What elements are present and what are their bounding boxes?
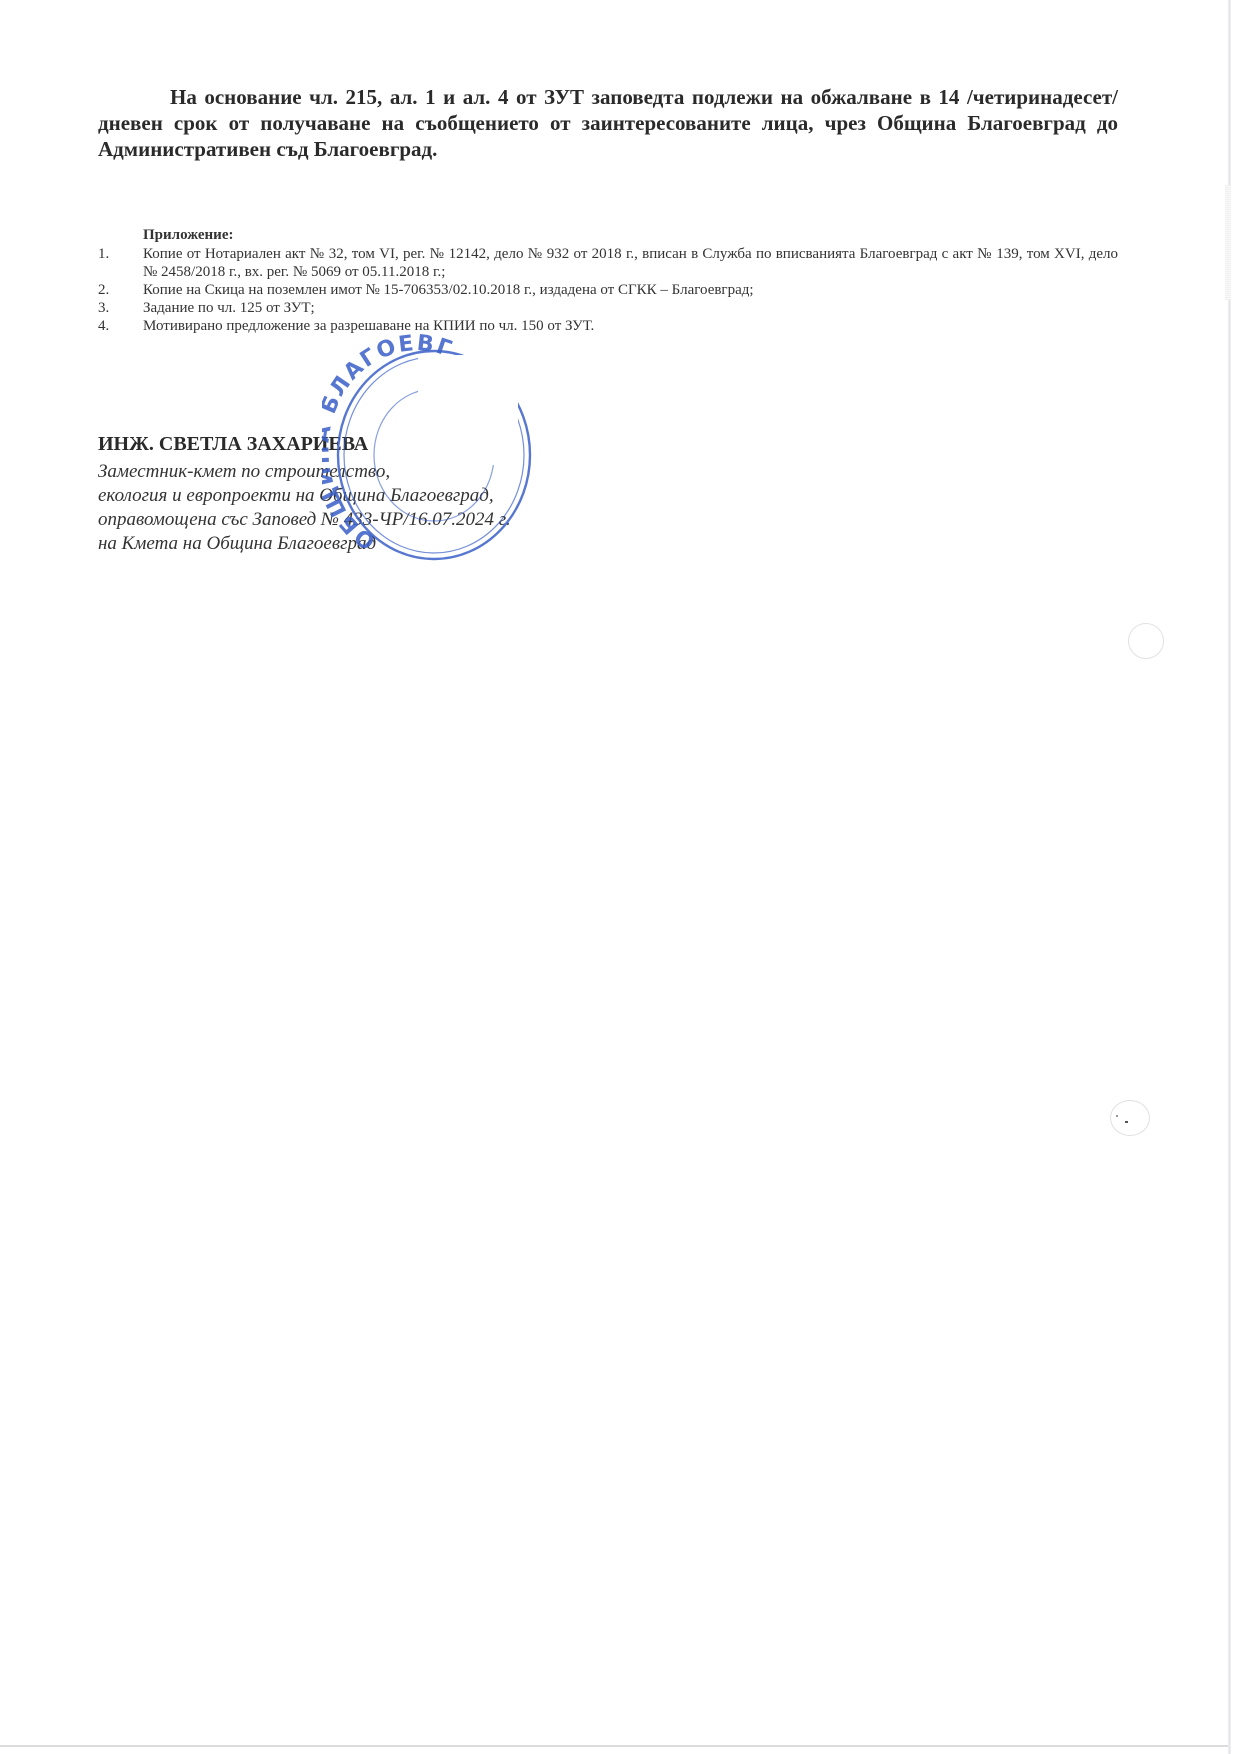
signature-block: ИНЖ. СВЕТЛА ЗАХАРИЕВА Заместник-кмет по … xyxy=(98,432,698,556)
appeal-notice-text: На основание чл. 215, ал. 1 и ал. 4 от З… xyxy=(98,85,1118,161)
attachment-number: 4. xyxy=(98,317,143,335)
attachment-item: 1. Копие от Нотариален акт № 32, том VI,… xyxy=(98,245,1118,281)
attachment-text: Копие от Нотариален акт № 32, том VI, ре… xyxy=(143,245,1118,281)
appeal-notice-paragraph: На основание чл. 215, ал. 1 и ал. 4 от З… xyxy=(98,84,1118,162)
attachment-item: 3. Задание по чл. 125 от ЗУТ; xyxy=(98,299,1118,317)
signer-name: ИНЖ. СВЕТЛА ЗАХАРИЕВА xyxy=(98,432,698,456)
scan-edge-artifact xyxy=(1225,185,1231,300)
signer-title-line: на Кмета на Община Благоевград xyxy=(98,532,698,556)
hole-punch-mark xyxy=(1128,623,1164,659)
signer-title-line: екология и европроекти на Община Благоев… xyxy=(98,484,698,508)
redacted-area xyxy=(418,355,518,465)
attachment-number: 1. xyxy=(98,245,143,281)
scan-speck xyxy=(1125,1121,1128,1123)
attachment-item: 2. Копие на Скица на поземлен имот № 15-… xyxy=(98,281,1118,299)
hole-punch-mark xyxy=(1110,1100,1150,1136)
attachment-text: Задание по чл. 125 от ЗУТ; xyxy=(143,299,1118,317)
scan-edge-bottom xyxy=(0,1745,1228,1747)
attachments-list: 1. Копие от Нотариален акт № 32, том VI,… xyxy=(98,245,1118,335)
attachments-section: Приложение: 1. Копие от Нотариален акт №… xyxy=(98,226,1118,335)
attachment-number: 2. xyxy=(98,281,143,299)
signer-title-line: Заместник-кмет по строителство, xyxy=(98,460,698,484)
attachment-text: Мотивирано предложение за разрешаване на… xyxy=(143,317,1118,335)
scan-speck xyxy=(1116,1115,1118,1117)
signer-title-line: оправомощена със Заповед № 433-ЧР/16.07.… xyxy=(98,508,698,532)
attachment-text: Копие на Скица на поземлен имот № 15-706… xyxy=(143,281,1118,299)
attachment-item: 4. Мотивирано предложение за разрешаване… xyxy=(98,317,1118,335)
attachment-number: 3. xyxy=(98,299,143,317)
attachments-title: Приложение: xyxy=(143,226,1118,244)
document-page: На основание чл. 215, ал. 1 и ал. 4 от З… xyxy=(0,0,1241,1754)
